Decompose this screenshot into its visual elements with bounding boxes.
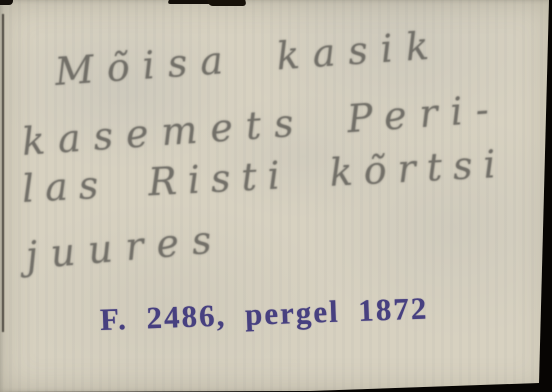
archive-stamp: F. 2486, pergel 1872 [99,291,429,338]
handwritten-line-1: Mõisa kasik [53,23,443,94]
scan-corner-mark [0,0,13,5]
scan-edge-smudge [207,0,247,6]
paper-crease-shadow [2,14,4,332]
handwritten-line-4: juures [24,217,226,278]
scanned-document: Mõisa kasik kasemets Peri- las Risti kõr… [0,0,552,392]
paper-card: Mõisa kasik kasemets Peri- las Risti kõr… [0,0,552,392]
